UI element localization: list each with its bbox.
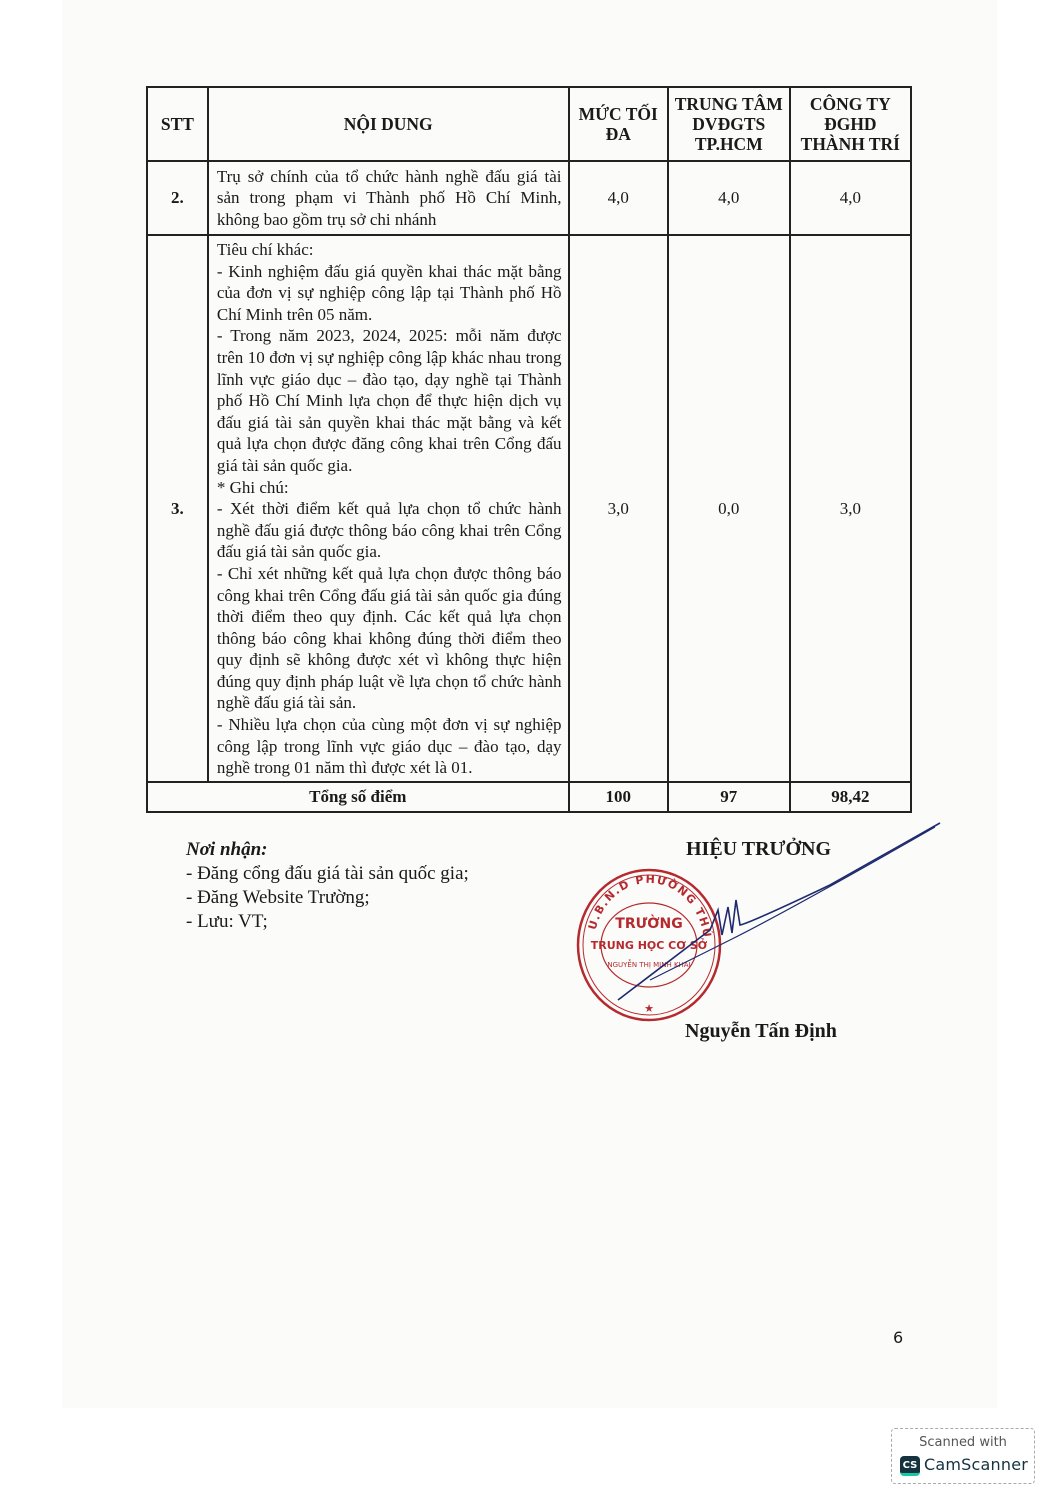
total-cong-ty: 98,42 <box>790 782 911 812</box>
scanned-with-text: Scanned with <box>892 1435 1034 1450</box>
table-header-row: STT NỘI DUNG MỨC TỐI ĐA TRUNG TÂM DVĐGTS… <box>147 87 911 161</box>
row-content: Tiêu chí khác: - Kinh nghiệm đấu giá quy… <box>208 235 569 782</box>
row-trung-tam: 4,0 <box>668 161 790 235</box>
content-paragraph: - Trong năm 2023, 2024, 2025: mỗi năm đư… <box>217 325 562 476</box>
recipients-title: Nơi nhận: <box>186 838 469 862</box>
recipient-item: - Đăng cổng đấu giá tài sản quốc gia; <box>186 862 469 886</box>
content-paragraph: - Nhiều lựa chọn của cùng một đơn vị sự … <box>217 714 562 779</box>
recipient-item: - Lưu: VT; <box>186 910 469 934</box>
row-muc-toi-da: 3,0 <box>569 235 668 782</box>
header-text: TRUNG TÂM <box>671 94 787 114</box>
total-row: Tổng số điểm 100 97 98,42 <box>147 782 911 812</box>
header-cong-ty: CÔNG TY ĐGHD THÀNH TRÍ <box>790 87 911 161</box>
camscanner-logo-icon: CS <box>900 1456 920 1476</box>
header-stt: STT <box>147 87 208 161</box>
content-paragraph: Trụ sở chính của tổ chức hành nghề đấu g… <box>217 166 562 231</box>
camscanner-brand: CamScanner <box>924 1455 1028 1474</box>
row-cong-ty: 4,0 <box>790 161 911 235</box>
total-trung-tam: 97 <box>668 782 790 812</box>
total-muc-toi-da: 100 <box>569 782 668 812</box>
header-text: CÔNG TY <box>793 94 908 114</box>
recipients-block: Nơi nhận: - Đăng cổng đấu giá tài sản qu… <box>186 838 469 934</box>
header-trung-tam: TRUNG TÂM DVĐGTS TP.HCM <box>668 87 790 161</box>
header-text: TP.HCM <box>671 134 787 154</box>
row-trung-tam: 0,0 <box>668 235 790 782</box>
header-text: THÀNH TRÍ <box>793 134 908 154</box>
page-number: 6 <box>893 1328 903 1347</box>
row-stt: 2. <box>147 161 208 235</box>
content-paragraph: * Ghi chú: <box>217 477 562 499</box>
score-table: STT NỘI DUNG MỨC TỐI ĐA TRUNG TÂM DVĐGTS… <box>146 86 912 813</box>
signer-name: Nguyễn Tấn Định <box>685 1020 837 1043</box>
header-text: DVĐGTS <box>671 114 787 134</box>
recipient-item: - Đăng Website Trường; <box>186 886 469 910</box>
content-paragraph: - Chỉ xét những kết quả lựa chọn được th… <box>217 563 562 714</box>
table-row: 3. Tiêu chí khác: - Kinh nghiệm đấu giá … <box>147 235 911 782</box>
signature-icon <box>590 815 950 1015</box>
content-paragraph: - Kinh nghiệm đấu giá quyền khai thác mặ… <box>217 261 562 326</box>
header-noi-dung: NỘI DUNG <box>208 87 569 161</box>
camscanner-watermark: Scanned with CS CamScanner <box>891 1428 1035 1484</box>
row-muc-toi-da: 4,0 <box>569 161 668 235</box>
row-stt: 3. <box>147 235 208 782</box>
content-paragraph: - Xét thời điểm kết quả lựa chọn tổ chức… <box>217 498 562 563</box>
header-text: MỨC TỐI <box>572 104 665 124</box>
total-label: Tổng số điểm <box>147 782 569 812</box>
row-content: Trụ sở chính của tổ chức hành nghề đấu g… <box>208 161 569 235</box>
header-text: ĐA <box>572 124 665 144</box>
content-paragraph: Tiêu chí khác: <box>217 239 562 261</box>
table-row: 2. Trụ sở chính của tổ chức hành nghề đấ… <box>147 161 911 235</box>
row-cong-ty: 3,0 <box>790 235 911 782</box>
header-text: ĐGHD <box>793 114 908 134</box>
header-muc-toi-da: MỨC TỐI ĐA <box>569 87 668 161</box>
